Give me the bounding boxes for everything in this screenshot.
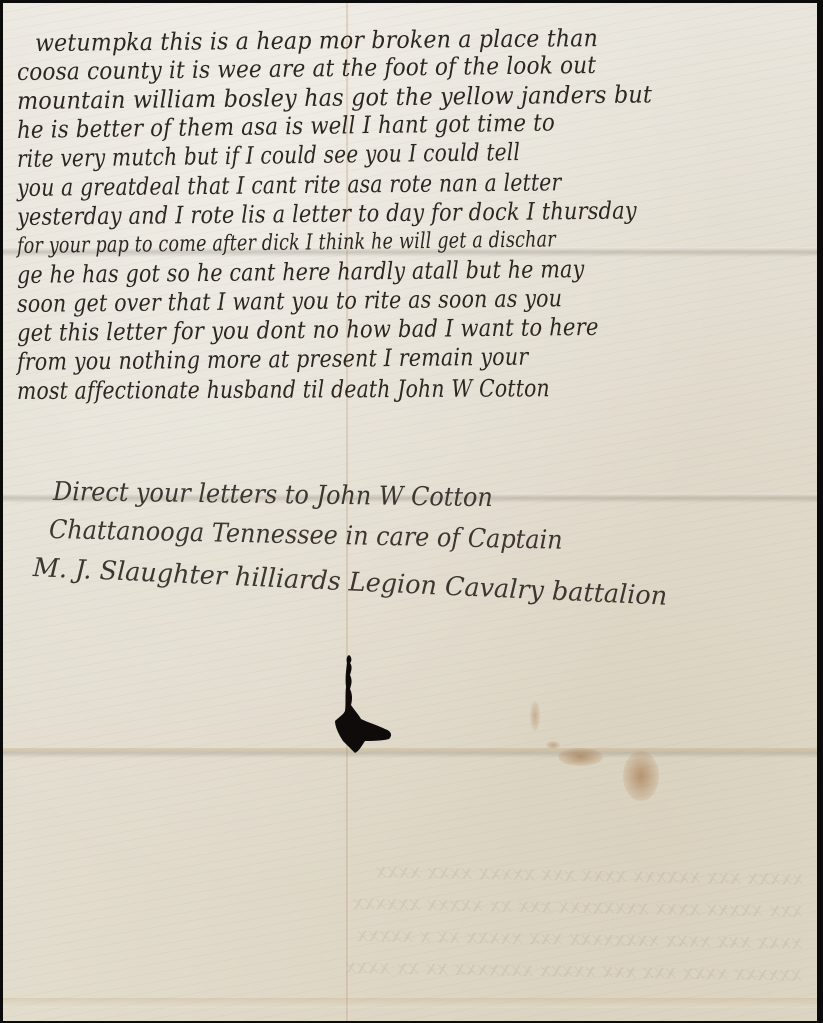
letter-body: wetumpka this is a heap mor broken a pla… (17, 29, 812, 406)
horizontal-fold-crease (3, 748, 817, 758)
bleed-through-text: xxxxx xxx xxxxxx xxxx xxx xxxxx xxxx xxx… (22, 816, 805, 1000)
horizontal-fold-crease (3, 998, 817, 1008)
water-stain (623, 751, 659, 801)
letter-page: xxxxx xxx xxxxxx xxxx xxx xxxxx xxxx xxx… (3, 3, 817, 1021)
letter-line: from you nothing more at present I remai… (17, 341, 701, 377)
letter-signature-line: most affectionate husband til death John… (17, 373, 693, 406)
water-stain (558, 748, 603, 766)
water-stain (530, 701, 540, 731)
ink-blot (333, 655, 395, 753)
water-stain (546, 741, 560, 749)
mailing-address-block: Direct your letters to John W Cotton Cha… (33, 473, 817, 587)
